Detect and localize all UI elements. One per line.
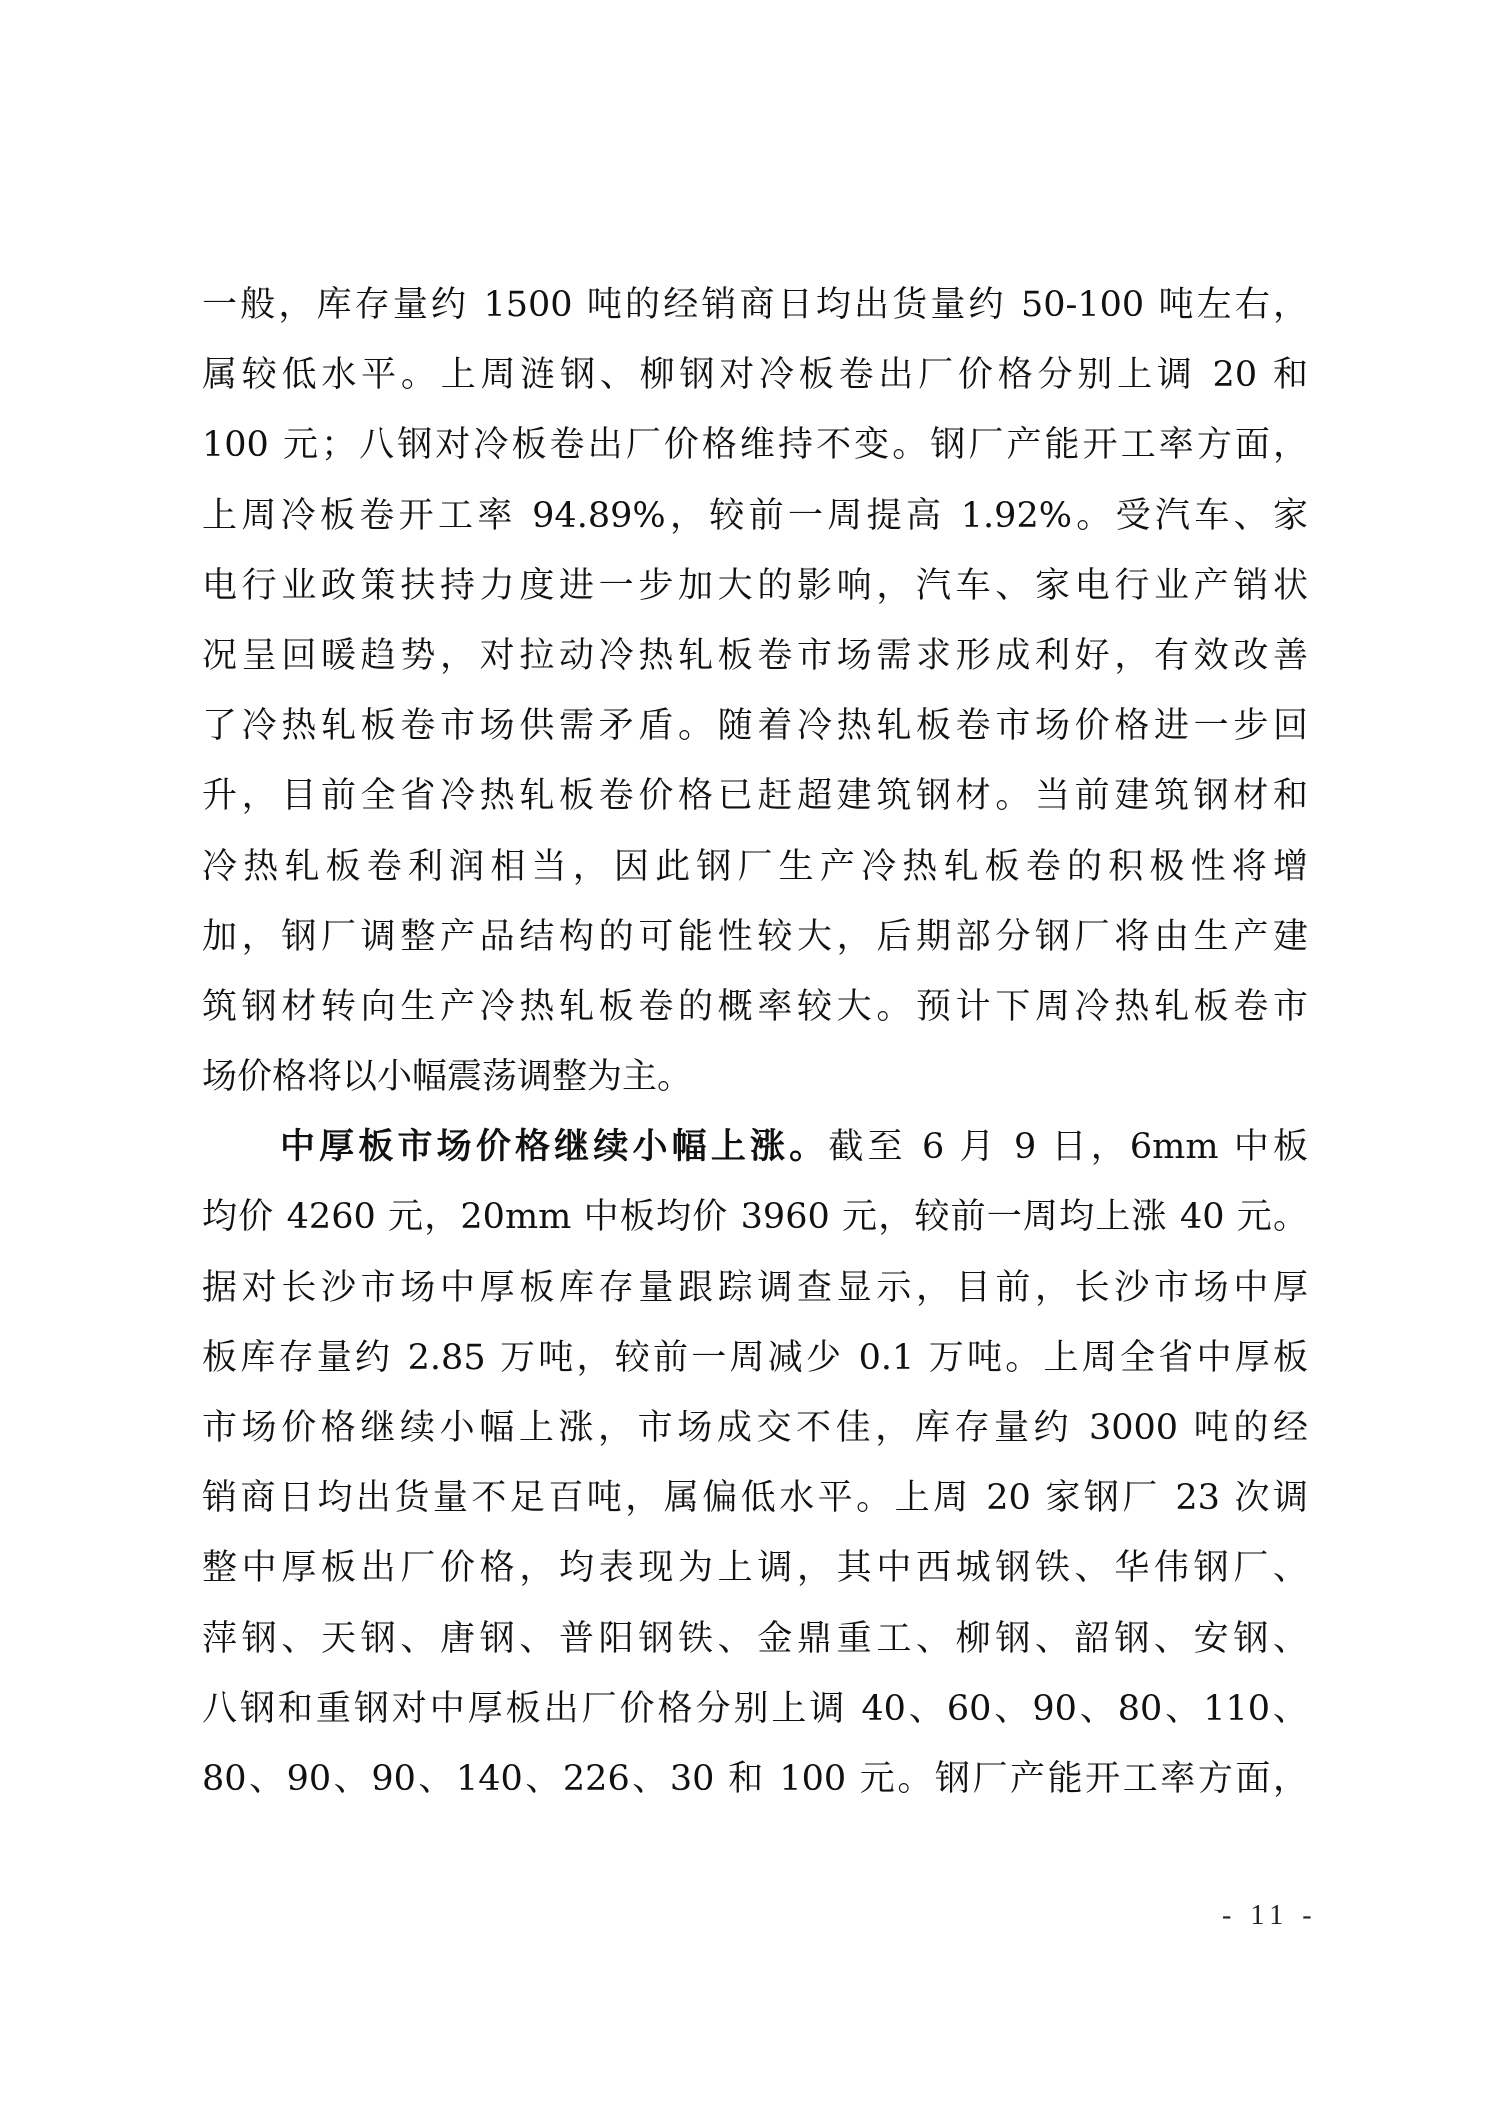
- text-line: 萍钢、天钢、唐钢、普阳钢铁、金鼎重工、柳钢、韶钢、安钢、: [202, 1604, 1308, 1674]
- text-line: 据对长沙市场中厚板库存量跟踪调查显示，目前，长沙市场中厚: [202, 1253, 1308, 1323]
- text-line: 了冷热轧板卷市场供需矛盾。随着冷热轧板卷市场价格进一步回: [202, 691, 1308, 761]
- text-line: 筑钢材转向生产冷热轧板卷的概率较大。预计下周冷热轧板卷市: [202, 972, 1308, 1042]
- text-line-first: 中厚板市场价格继续小幅上涨。截至 6 月 9 日，6mm 中板: [202, 1112, 1308, 1182]
- text-line: 冷热轧板卷利润相当，因此钢厂生产冷热轧板卷的积极性将增: [202, 832, 1308, 902]
- paragraph-heading: 中厚板市场价格继续小幅上涨。: [280, 1127, 828, 1167]
- text-line: 加，钢厂调整产品结构的可能性较大，后期部分钢厂将由生产建: [202, 902, 1308, 972]
- paragraph-medium-plate: 中厚板市场价格继续小幅上涨。截至 6 月 9 日，6mm 中板 均价 4260 …: [202, 1112, 1308, 1814]
- text-line: 电行业政策扶持力度进一步加大的影响，汽车、家电行业产销状: [202, 551, 1308, 621]
- text-line: 市场价格继续小幅上涨，市场成交不佳，库存量约 3000 吨的经: [202, 1393, 1308, 1463]
- document-body: 一般，库存量约 1500 吨的经销商日均出货量约 50-100 吨左右， 属较低…: [202, 270, 1308, 1814]
- text-line: 场价格将以小幅震荡调整为主。: [202, 1042, 1308, 1112]
- page-number: - 11 -: [1222, 1900, 1318, 1932]
- text-line: 80、90、90、140、226、30 和 100 元。钢厂产能开工率方面，: [202, 1744, 1308, 1814]
- text-line: 升，目前全省冷热轧板卷价格已赶超建筑钢材。当前建筑钢材和: [202, 761, 1308, 831]
- text-line: 销商日均出货量不足百吨，属偏低水平。上周 20 家钢厂 23 次调: [202, 1463, 1308, 1533]
- text-line: 八钢和重钢对中厚板出厂价格分别上调 40、60、90、80、110、: [202, 1674, 1308, 1744]
- text-line: 属较低水平。上周涟钢、柳钢对冷板卷出厂价格分别上调 20 和: [202, 340, 1308, 410]
- text-line: 100 元；八钢对冷板卷出厂价格维持不变。钢厂产能开工率方面，: [202, 410, 1308, 480]
- text-line: 整中厚板出厂价格，均表现为上调，其中西城钢铁、华伟钢厂、: [202, 1533, 1308, 1603]
- text-line: 均价 4260 元，20mm 中板均价 3960 元，较前一周均上涨 40 元。: [202, 1182, 1308, 1252]
- text-line: 一般，库存量约 1500 吨的经销商日均出货量约 50-100 吨左右，: [202, 270, 1308, 340]
- text-line: 板库存量约 2.85 万吨，较前一周减少 0.1 万吨。上周全省中厚板: [202, 1323, 1308, 1393]
- text-span: 截至 6 月 9 日，6mm 中板: [828, 1127, 1308, 1167]
- paragraph-cold-rolled: 一般，库存量约 1500 吨的经销商日均出货量约 50-100 吨左右， 属较低…: [202, 270, 1308, 1112]
- text-line: 上周冷板卷开工率 94.89%，较前一周提高 1.92%。受汽车、家: [202, 481, 1308, 551]
- text-line: 况呈回暖趋势，对拉动冷热轧板卷市场需求形成利好，有效改善: [202, 621, 1308, 691]
